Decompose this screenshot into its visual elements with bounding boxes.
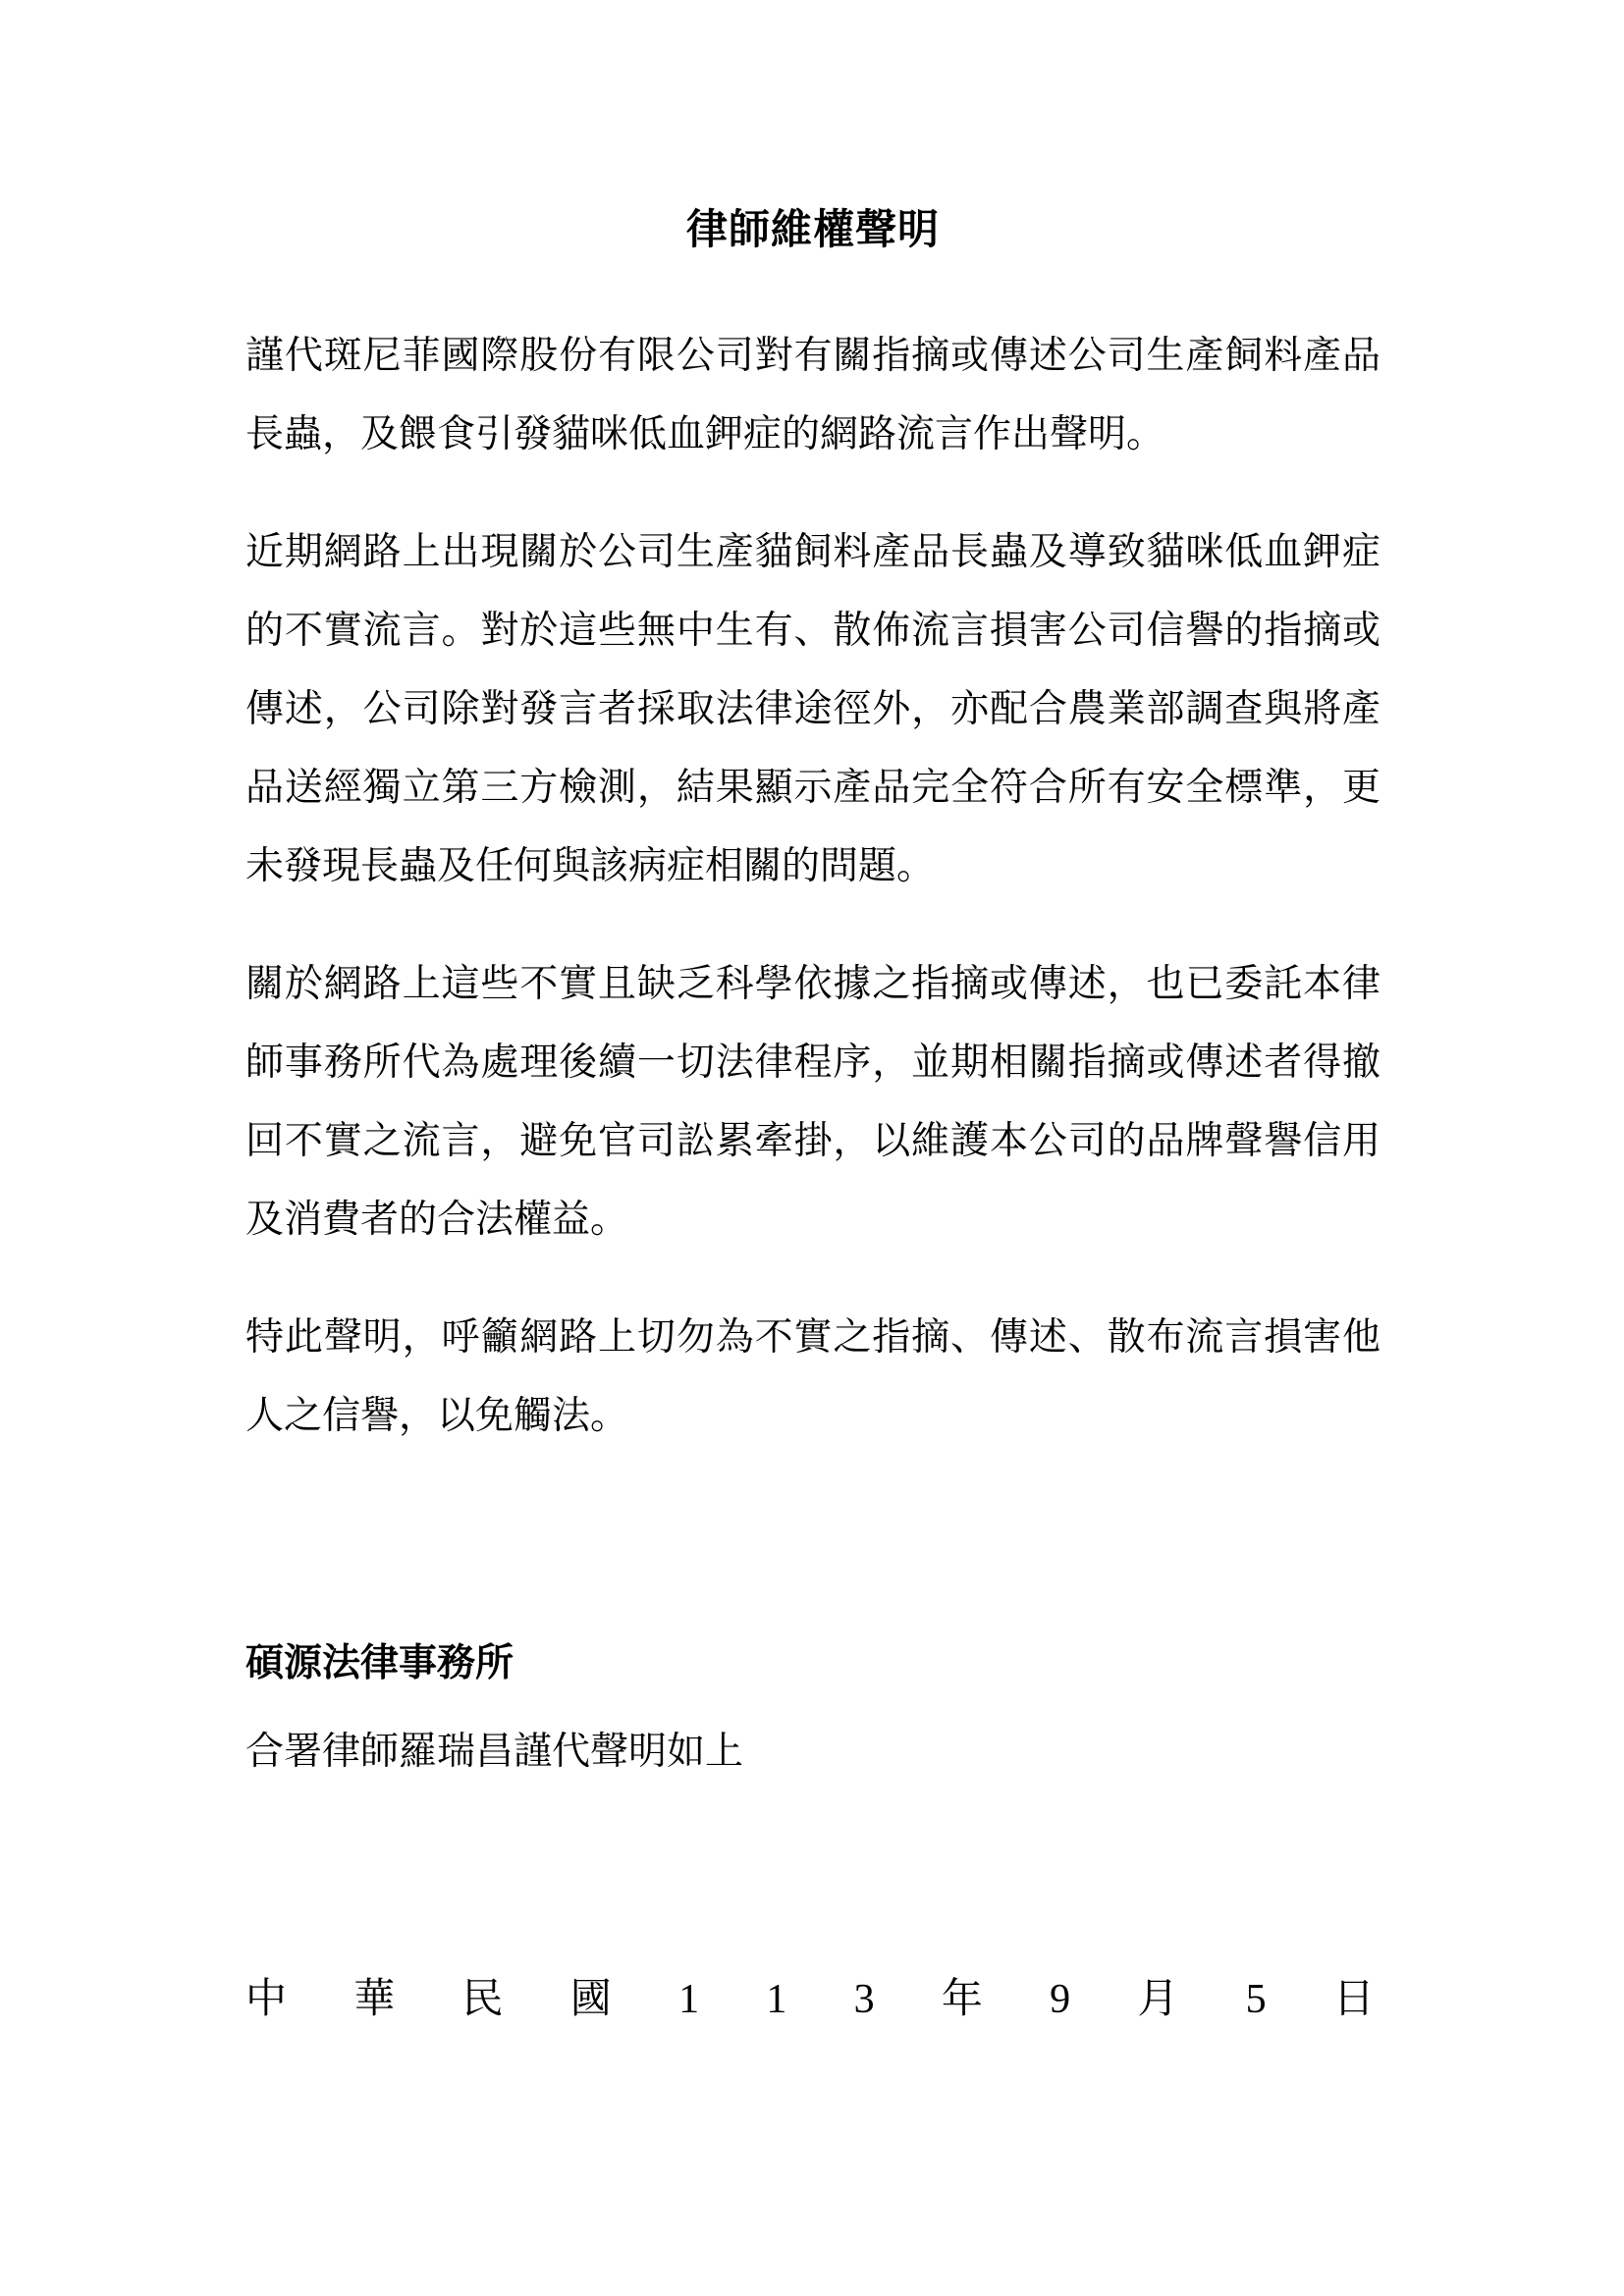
date-char: 年: [942, 1960, 983, 2039]
date-char: 中: [245, 1960, 287, 2039]
date-char: 3: [854, 1960, 875, 2039]
date-char: 月: [1137, 1960, 1178, 2039]
date-line: 中 華 民 國 1 1 3 年 9 月 5 日: [245, 1960, 1375, 2039]
document-title: 律師維權聲明: [245, 201, 1380, 260]
date-char: 民: [462, 1960, 504, 2039]
date-char: 日: [1333, 1960, 1375, 2039]
signature-line: 合署律師羅瑞昌謹代聲明如上: [245, 1713, 1380, 1791]
paragraph-rumor-response: 近期網路上出現關於公司生產貓飼料產品長蟲及導致貓咪低血鉀症的不實流言。對於這些無…: [245, 513, 1380, 906]
date-char: 1: [678, 1960, 699, 2039]
paragraph-legal-action: 關於網路上這些不實且缺乏科學依據之指摘或傳述，也已委託本律師事務所代為處理後續一…: [245, 945, 1380, 1259]
paragraph-closing-appeal: 特此聲明，呼籲網路上切勿為不實之指摘、傳述、散布流言損害他人之信譽，以免觸法。: [245, 1299, 1380, 1456]
date-char: 1: [766, 1960, 786, 2039]
date-char: 國: [570, 1960, 612, 2039]
paragraph-intro: 謹代斑尼菲國際股份有限公司對有關指摘或傳述公司生產飼料產品長蟲，及餵食引發貓咪低…: [245, 317, 1380, 474]
date-char: 華: [353, 1960, 395, 2039]
date-char: 5: [1246, 1960, 1267, 2039]
date-char: 9: [1050, 1960, 1070, 2039]
statement-page: 律師維權聲明 謹代斑尼菲國際股份有限公司對有關指摘或傳述公司生產飼料產品長蟲，及…: [0, 0, 1624, 2296]
law-firm-name: 碩源法律事務所: [245, 1625, 1380, 1703]
